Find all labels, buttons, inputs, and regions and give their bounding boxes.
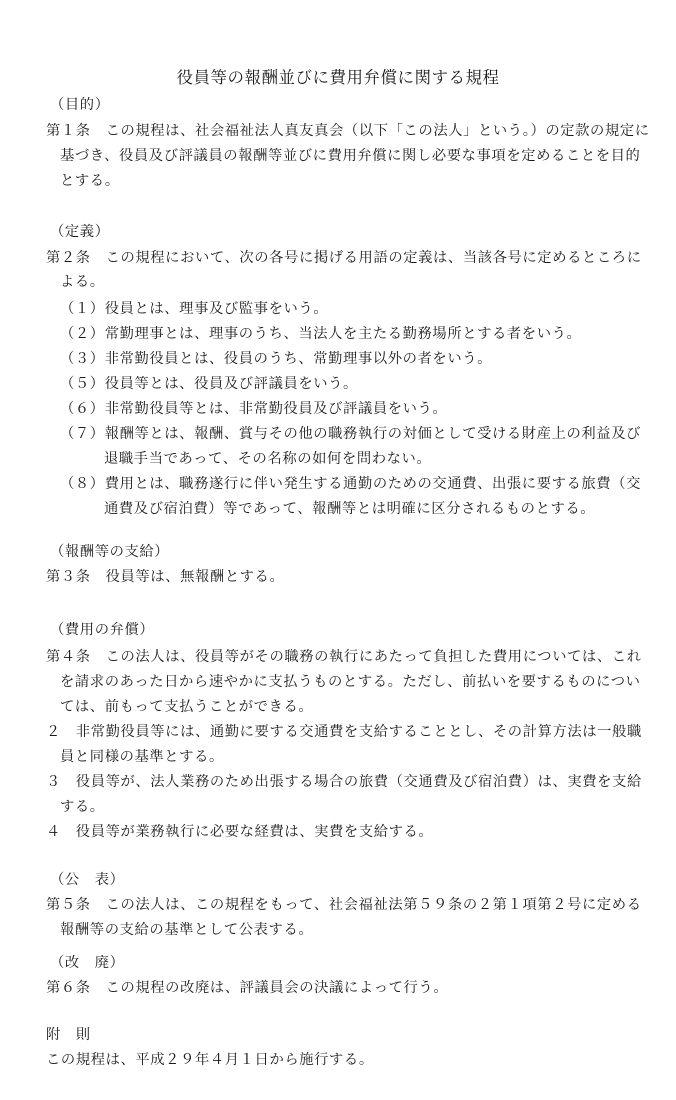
article-1-line-1: 第１条 この規程は、社会福祉法人真友真会（以下「この法人」という。）の定款の規定… <box>46 121 650 141</box>
article-4-paragraph-3: ３ 役員等が、法人業務のため出張する場合の旅費（交通費及び宿泊費）は、実費を支給 <box>46 772 642 792</box>
article-3-line-1: 第３条 役員等は、無報酬とする。 <box>46 567 284 587</box>
item-number: （１） <box>60 301 105 317</box>
article-6-line-1: 第６条 この規程の改廃は、評議員会の決議によって行う。 <box>46 978 448 998</box>
article-4-paragraph-2: ２ 非常勤役員等には、通勤に要する交通費を支給することとし、その計算方法は一般職 <box>46 722 642 742</box>
item-text: 報酬等とは、報酬、賞与その他の職務執行の対価として受ける財産上の利益及び <box>105 426 641 442</box>
item-number: （６） <box>60 401 105 417</box>
item-text: 役員とは、理事及び監事をいう。 <box>105 301 328 317</box>
supplementary-heading: 附 則 <box>46 1025 91 1045</box>
item-number: （５） <box>60 376 105 392</box>
supplementary-text: この規程は、平成２９年４月１日から施行する。 <box>46 1050 374 1070</box>
item-text: 役員等とは、役員及び評議員をいう。 <box>105 376 358 392</box>
item-number: （２） <box>60 326 105 342</box>
definition-item: （７）報酬等とは、報酬、賞与その他の職務執行の対価として受ける財産上の利益及び <box>60 424 641 444</box>
definition-item-continuation: 退職手当であって、その名称の如何を問わない。 <box>104 449 431 469</box>
item-number: （３） <box>60 351 105 367</box>
document-title: 役員等の報酬並びに費用弁償に関する規程 <box>0 64 676 88</box>
article-4-line-1: 第４条 この法人は、役員等がその職務の執行にあたって負担した費用については、これ <box>46 647 642 667</box>
section-heading-reimbursement: （費用の弁償） <box>50 620 154 640</box>
definition-item: （２）常勤理事とは、理事のうち、当法人を主たる勤務場所とする者をいう。 <box>60 324 581 344</box>
item-text: 常勤理事とは、理事のうち、当法人を主たる勤務場所とする者をいう。 <box>105 326 582 342</box>
definition-item-continuation: 通費及び宿泊費）等であって、報酬等とは明確に区分されるものとする。 <box>104 499 595 519</box>
definition-item: （１）役員とは、理事及び監事をいう。 <box>60 299 328 319</box>
article-4-paragraph-4: ４ 役員等が業務執行に必要な経費は、実費を支給する。 <box>46 822 433 842</box>
definition-item: （３）非常勤役員とは、役員のうち、常勤理事以外の者をいう。 <box>60 349 492 369</box>
section-heading-definitions: （定義） <box>50 222 110 242</box>
item-text: 費用とは、職務遂行に伴い発生する通勤のための交通費、出張に要する旅費（交 <box>105 476 641 492</box>
article-4-line-2: を請求のあった日から速やかに支払うものとする。ただし、前払いを要するものについ <box>60 672 641 692</box>
section-heading-purpose: （目的） <box>50 95 110 115</box>
article-2-line-2: よる。 <box>60 272 105 292</box>
article-4-paragraph-3-cont: する。 <box>60 797 105 817</box>
article-5-line-1: 第５条 この法人は、この規程をもって、社会福祉法第５９条の２第１項第２号に定める <box>46 895 642 915</box>
document-page: 役員等の報酬並びに費用弁償に関する規程 （目的） 第１条 この規程は、社会福祉法… <box>0 0 676 1100</box>
section-heading-publication: （公 表） <box>50 870 124 890</box>
item-number: （７） <box>60 426 105 442</box>
definition-item: （５）役員等とは、役員及び評議員をいう。 <box>60 374 358 394</box>
item-text: 非常勤役員とは、役員のうち、常勤理事以外の者をいう。 <box>105 351 492 367</box>
article-2-line-1: 第２条 この規程において、次の各号に掲げる用語の定義は、当該各号に定めるところに <box>46 248 642 268</box>
section-heading-amendment: （改 廃） <box>50 953 124 973</box>
article-4-line-3: ては、前もって支払うことができる。 <box>60 697 313 717</box>
item-text: 非常勤役員等とは、非常勤役員及び評議員をいう。 <box>105 401 448 417</box>
article-4-paragraph-2-cont: 員と同様の基準とする。 <box>60 747 224 767</box>
definition-item: （６）非常勤役員等とは、非常勤役員及び評議員をいう。 <box>60 399 447 419</box>
definition-item: （８）費用とは、職務遂行に伴い発生する通勤のための交通費、出張に要する旅費（交 <box>60 474 641 494</box>
article-1-line-3: とする。 <box>60 171 120 191</box>
section-heading-remuneration: （報酬等の支給） <box>50 542 169 562</box>
item-number: （８） <box>60 476 105 492</box>
article-5-line-2: 報酬等の支給の基準として公表する。 <box>60 920 313 940</box>
article-1-line-2: 基づき、役員及び評議員の報酬等並びに費用弁償に関し必要な事項を定めることを目的 <box>60 146 640 166</box>
